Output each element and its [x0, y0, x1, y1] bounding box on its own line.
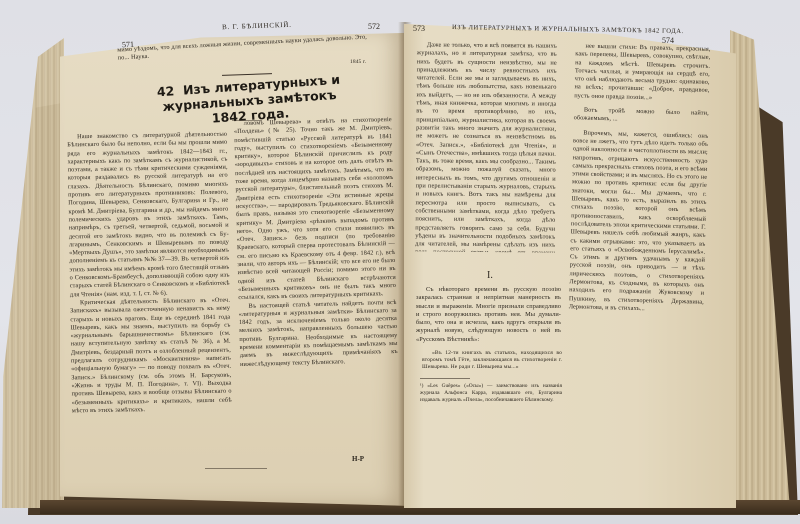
right-col2-para-2: Вотъ тройѣ можно было найти, обожаемымъ,… [574, 106, 709, 126]
quote-text: «Въ 12-ти книгахъ въ статьяхъ, находящих… [422, 350, 562, 371]
left-side-note: 1845 г. [350, 58, 370, 66]
right-section-para: Съ нѣкотораго времени въ русскую поэзію … [416, 286, 561, 344]
right-col2-para-1: нее вышли стихи: Въ правахъ, прекрасныя,… [574, 42, 710, 104]
left-page-stack [2, 38, 64, 508]
left-col2-para-2: Въ настоящей статьѣ читатель найдетъ поч… [238, 298, 398, 368]
right-column-1: Даже не только, что я всѣ появятся въ на… [415, 41, 557, 252]
book-photo: В. Г. БѢЛИНСКІЙ. 572 571 мимо уѣздомъ, ч… [0, 0, 800, 524]
right-inner-page-number: 573 [413, 24, 425, 33]
right-section-text: Съ нѣкотораго времени въ русскую поэзію … [416, 286, 561, 348]
section-number: I. [487, 270, 493, 281]
left-bottom-rule [205, 468, 267, 469]
footnote: ¹) «Les Guêpes» («Осы») — заимствовано и… [420, 383, 562, 413]
right-col1-para-1: Даже не только, что я всѣ появятся въ на… [415, 41, 557, 252]
left-column-2: ловомъ Шевырева» и отвѣтъ на стихотворен… [234, 116, 401, 455]
left-col2-para-1: ловомъ Шевырева» и отвѣтъ на стихотворен… [234, 116, 397, 303]
footnote-rule [420, 378, 470, 379]
right-col2-para-3: Впрочемъ, мы, кажется, ошиблись: онъ вов… [569, 129, 709, 315]
left-col1-para-2: Критическая дѣятельность Бѣлинскаго въ «… [70, 297, 232, 416]
left-running-head: В. Г. БѢЛИНСКІЙ. [222, 21, 292, 31]
left-col1-para-1: Наше знакомство съ литературной дѣятельн… [67, 131, 230, 300]
right-quote: «Въ 12-ти книгахъ въ статьяхъ, находящих… [422, 350, 562, 378]
left-page-number: 572 [368, 22, 380, 31]
article-number: 42 [156, 83, 174, 99]
right-column-2: нее вышли стихи: Въ правахъ, прекрасныя,… [564, 42, 710, 475]
article-signature: Н-Р [352, 455, 364, 463]
left-column-1: Наше знакомство съ литературной дѣятельн… [67, 131, 233, 474]
